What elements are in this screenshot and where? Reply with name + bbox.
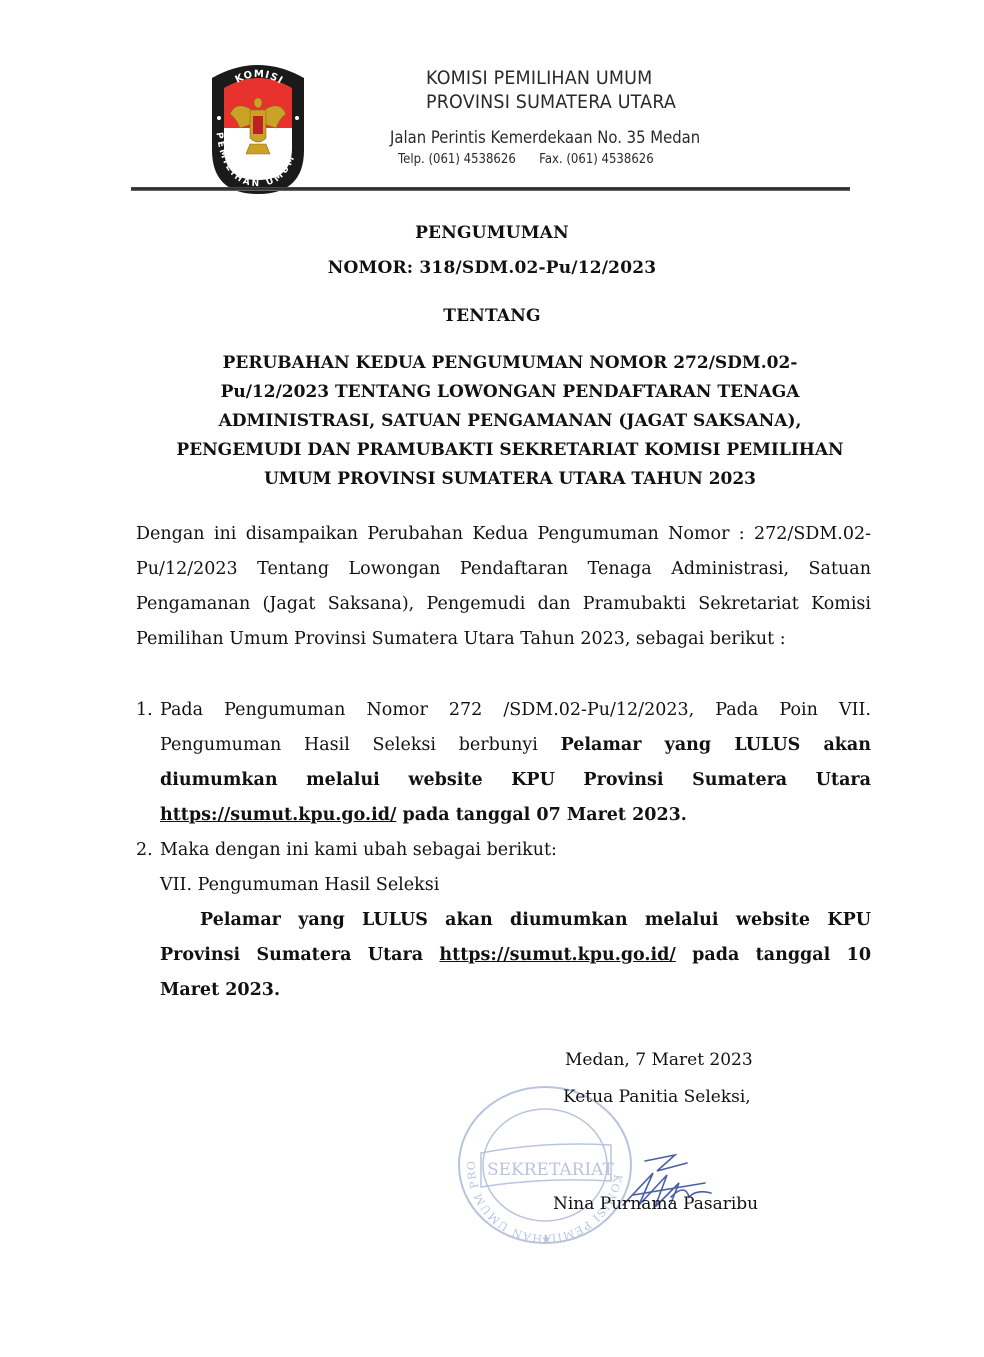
- kpu-logo-icon: KOMISI PEMILIHAN UMUM: [206, 58, 310, 196]
- revised-point-text: Pelamar yang LULUS akan diumumkan melalu…: [136, 903, 871, 1008]
- subject-line: Pu/12/2023 TENTANG LOWONGAN PENDAFTARAN …: [150, 378, 870, 407]
- kpu-website-link[interactable]: https://sumut.kpu.go.id/: [160, 805, 396, 825]
- intro-paragraph: Dengan ini disampaikan Perubahan Kedua P…: [136, 517, 871, 657]
- svg-text:SEKRETARIAT: SEKRETARIAT: [487, 1160, 615, 1180]
- signer-role: Ketua Panitia Seleksi,: [563, 1087, 751, 1107]
- signature-block: KOMISI PEMILIHAN UMUM PROVINSI SUMATERA …: [0, 1045, 984, 1245]
- revised-point-heading: VII. Pengumuman Hasil Seleksi: [136, 868, 871, 903]
- subject-line: PERUBAHAN KEDUA PENGUMUMAN NOMOR 272/SDM…: [150, 349, 870, 378]
- place-date: Medan, 7 Maret 2023: [565, 1050, 753, 1070]
- document-title: PENGUMUMAN: [0, 223, 984, 243]
- org-name: KOMISI PEMILIHAN UMUM: [426, 66, 676, 90]
- document-subject: PERUBAHAN KEDUA PENGUMUMAN NOMOR 272/SDM…: [150, 349, 870, 494]
- signer-name: Nina Purnama Pasaribu: [553, 1194, 758, 1214]
- org-contact: Telp. (061) 4538626Fax. (061) 4538626: [398, 152, 677, 167]
- list-number: 1.: [136, 693, 153, 728]
- kpu-website-link[interactable]: https://sumut.kpu.go.id/: [439, 945, 675, 965]
- organization-block: KOMISI PEMILIHAN UMUM PROVINSI SUMATERA …: [426, 66, 698, 114]
- document-number: NOMOR: 318/SDM.02-Pu/12/2023: [0, 258, 984, 278]
- letterhead: KOMISI PEMILIHAN UMUM KOMISI PEMILIHAN U…: [128, 30, 852, 195]
- list-item: 2. Maka dengan ini kami ubah sebagai ber…: [136, 833, 871, 868]
- list-item: 1. Pada Pengumuman Nomor 272 /SDM.02-Pu/…: [136, 693, 871, 833]
- document-about: TENTANG: [0, 306, 984, 326]
- subject-line: PENGEMUDI DAN PRAMUBAKTI SEKRETARIAT KOM…: [150, 436, 870, 465]
- svg-text:★: ★: [541, 1232, 552, 1246]
- letterhead-divider: [131, 187, 850, 191]
- org-address: Jalan Perintis Kemerdekaan No. 35 Medan: [390, 128, 700, 147]
- subject-line: ADMINISTRASI, SATUAN PENGAMANAN (JAGAT S…: [150, 407, 870, 436]
- subject-line: UMUM PROVINSI SUMATERA UTARA TAHUN 2023: [150, 465, 870, 494]
- phone-number: Telp. (061) 4538626: [398, 152, 516, 167]
- list-number: 2.: [136, 833, 153, 868]
- org-province: PROVINSI SUMATERA UTARA: [426, 90, 676, 114]
- announcement-list: 1. Pada Pengumuman Nomor 272 /SDM.02-Pu/…: [136, 693, 871, 1008]
- fax-number: Fax. (061) 4538626: [539, 152, 653, 167]
- document-page: KOMISI PEMILIHAN UMUM KOMISI PEMILIHAN U…: [0, 0, 984, 1357]
